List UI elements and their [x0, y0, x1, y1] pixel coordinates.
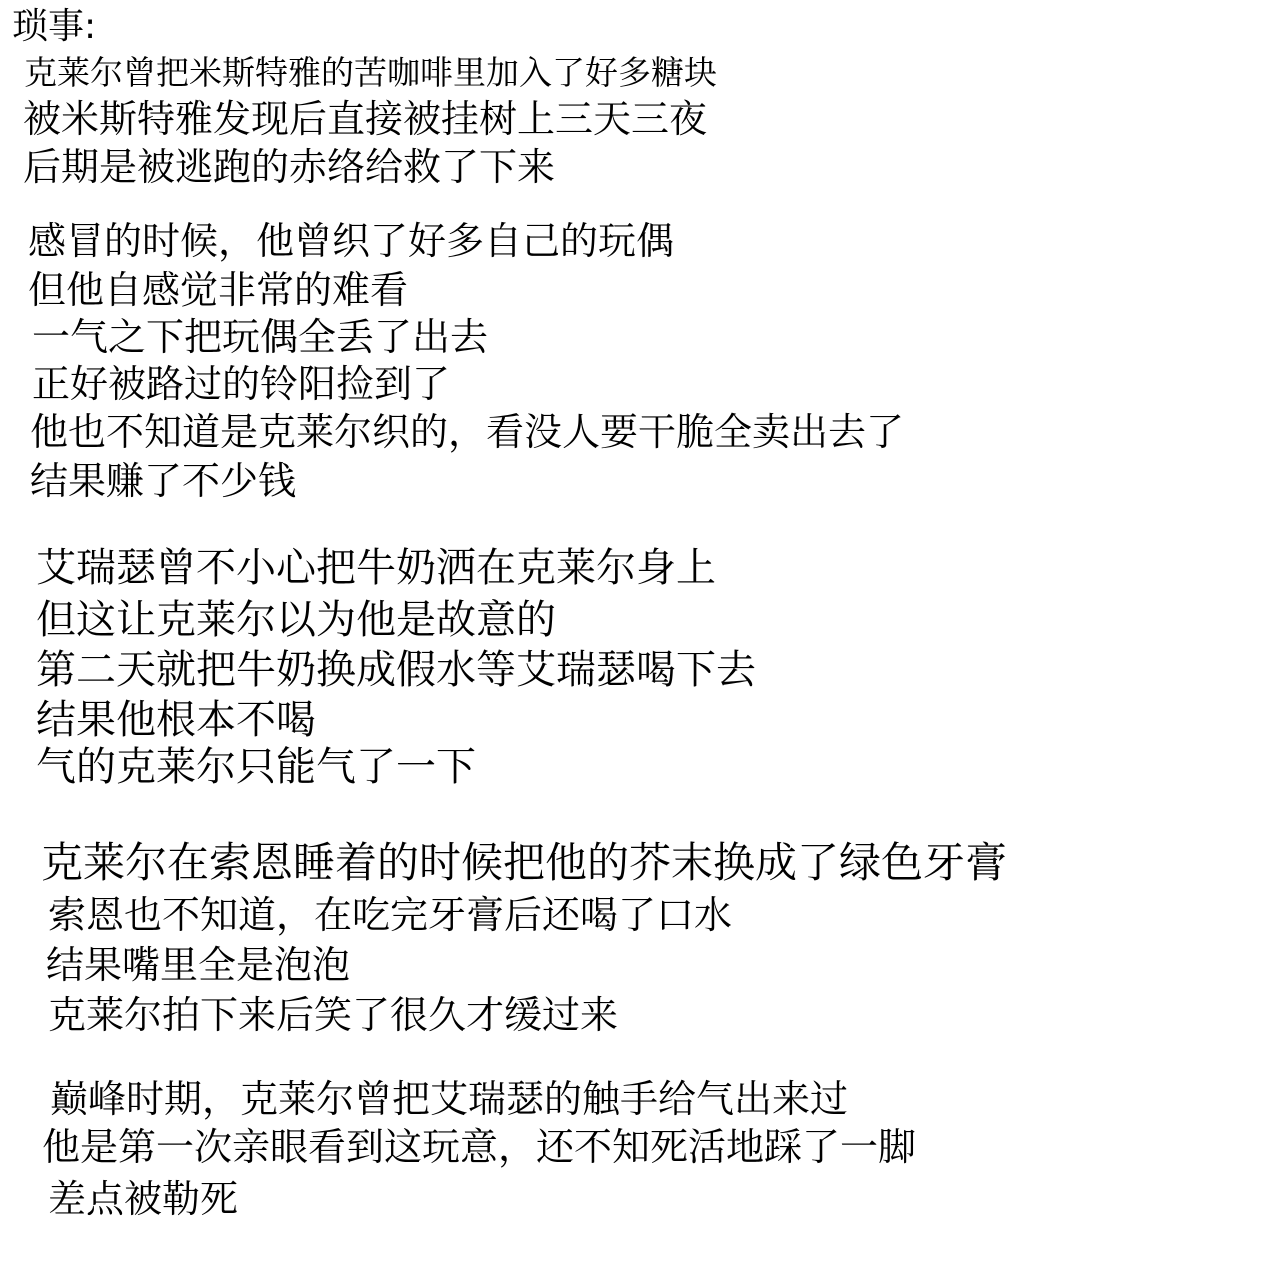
text-line: 差点被勒死	[48, 1180, 238, 1218]
text-line: 后期是被逃跑的赤络给救了下来	[23, 148, 555, 186]
text-line: 克莱尔在索恩睡着的时候把他的芥末换成了绿色牙膏	[41, 842, 1007, 884]
text-line: 克莱尔曾把米斯特雅的苦咖啡里加入了好多糖块	[24, 56, 717, 89]
text-line: 一气之下把玩偶全丢了出去	[32, 318, 488, 356]
text-line: 结果他根本不喝	[36, 700, 316, 740]
text-line: 克莱尔拍下来后笑了很久才缓过来	[48, 996, 618, 1034]
text-line: 第二天就把牛奶换成假水等艾瑞瑟喝下去	[36, 650, 756, 690]
text-line: 他是第一次亲眼看到这玩意，还不知死活地踩了一脚	[42, 1128, 916, 1166]
text-line: 结果赚了不少钱	[30, 462, 296, 500]
text-line: 气的克莱尔只能气了一下	[36, 747, 476, 787]
text-line: 结果嘴里全是泡泡	[46, 946, 350, 984]
text-line: 巅峰时期，克莱尔曾把艾瑞瑟的触手给气出来过	[50, 1080, 848, 1118]
text-line: 但这让克莱尔以为他是故意的	[36, 600, 556, 640]
text-line: 艾瑞瑟曾不小心把牛奶洒在克莱尔身上	[36, 548, 716, 588]
text-line: 索恩也不知道，在吃完牙膏后还喝了口水	[48, 896, 732, 934]
document-title: 琐事:	[12, 9, 96, 45]
text-line: 他也不知道是克莱尔织的，看没人要干脆全卖出去了	[30, 413, 904, 451]
text-line: 但他自感觉非常的难看	[28, 271, 408, 309]
text-line: 被米斯特雅发现后直接被挂树上三天三夜	[23, 100, 707, 138]
text-line: 感冒的时候，他曾织了好多自己的玩偶	[28, 222, 674, 260]
text-line: 正好被路过的铃阳捡到了	[32, 365, 450, 403]
